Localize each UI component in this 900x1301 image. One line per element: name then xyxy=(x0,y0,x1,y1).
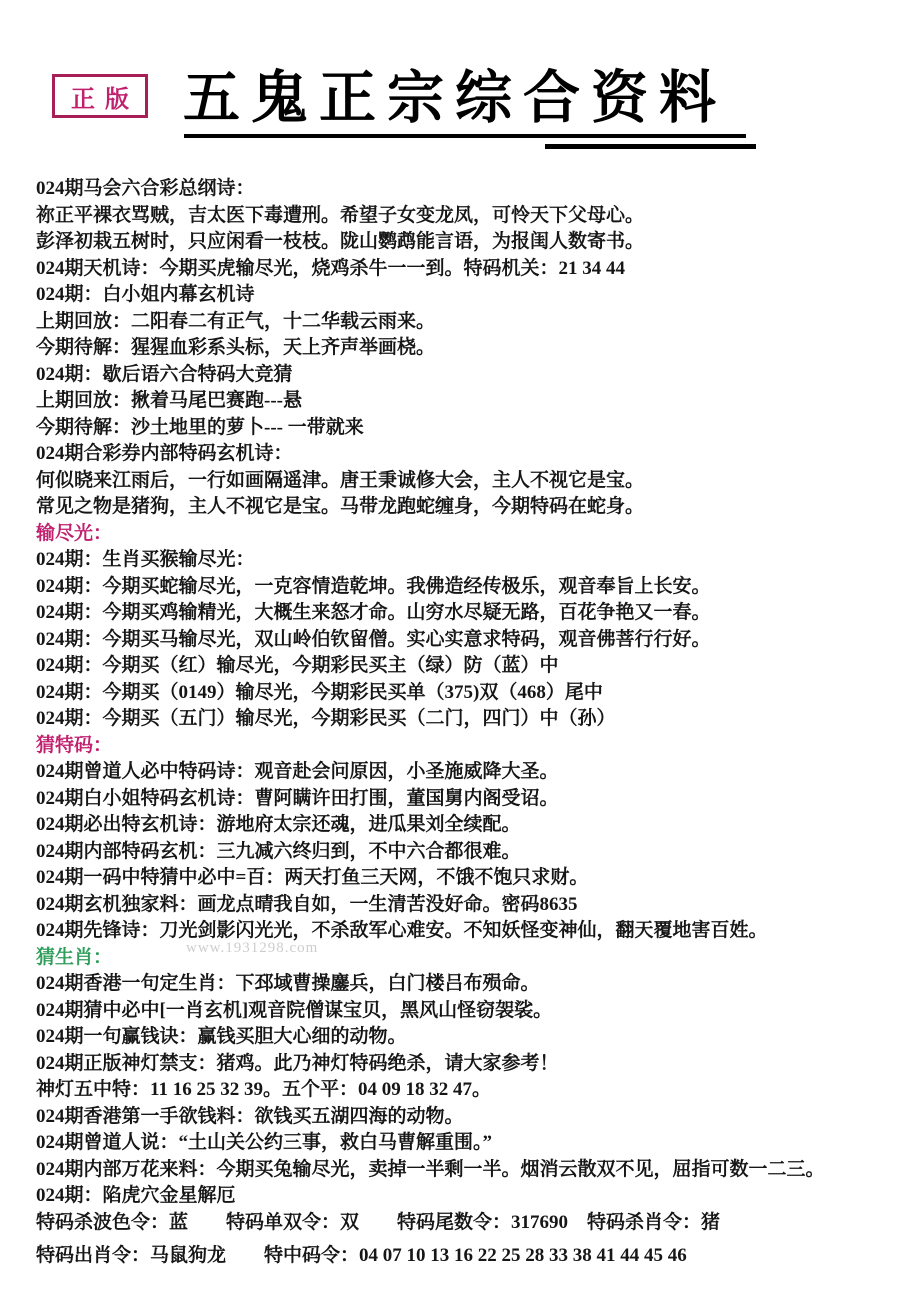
text-line: 024期一句赢钱诀：赢钱买胆大心细的动物。 xyxy=(36,1024,886,1051)
text-line: 024期玄机独家料：画龙点晴我自如，一生清苦没好命。密码8635 xyxy=(36,892,886,919)
page: { "header": { "badge": "正版", "title": "五… xyxy=(0,0,900,1301)
text-line: 神灯五中特：11 16 25 32 39。五个平：04 09 18 32 47。 xyxy=(36,1077,886,1104)
genuine-badge: 正版 xyxy=(52,74,148,118)
text-line: 024期：生肖买猴输尽光： xyxy=(36,547,886,574)
text-line: 024期内部万花来料：今期买兔输尽光，卖掉一半剩一半。烟消云散双不见，屈指可数一… xyxy=(36,1157,886,1184)
text-line: 024期：今期买鸡输精光，大概生来怒才命。山穷水尽疑无路，百花争艳又一春。 xyxy=(36,600,886,627)
text-line: 024期先锋诗：刀光剑影闪光光，不杀敌军心难安。不知妖怪变神仙，翻天覆地害百姓。 xyxy=(36,918,886,945)
content-lines: 024期马会六合彩总纲诗：祢正平裸衣骂贼，吉太医下毒遭刑。希望子女变龙凤，可怜天… xyxy=(36,176,886,1270)
text-line: 彭泽初栽五树时，只应闲看一枝枝。陇山鹦鹉能言语，为报闺人数寄书。 xyxy=(36,229,886,256)
text-line: 输尽光： xyxy=(36,521,886,548)
text-line: 024期香港第一手欲钱料：欲钱买五湖四海的动物。 xyxy=(36,1104,886,1131)
text-line: 猜特码： xyxy=(36,733,886,760)
text-line: 024期曾道人必中特码诗：观音赴会问原因，小圣施威降大圣。 xyxy=(36,759,886,786)
text-line: 024期一码中特猜中必中=百：两天打鱼三天网，不饿不饱只求财。 xyxy=(36,865,886,892)
text-line: 024期：今期买马输尽光，双山岭伯钦留僧。实心实意求特码，观音佛菩行行好。 xyxy=(36,627,886,654)
text-line: 024期：陷虎穴金星解厄 xyxy=(36,1183,886,1210)
text-line: 上期回放：二阳春二有正气，十二华载云雨来。 xyxy=(36,309,886,336)
text-line: 024期：白小姐内幕玄机诗 xyxy=(36,282,886,309)
text-line: 024期马会六合彩总纲诗： xyxy=(36,176,886,203)
text-line: 猜生肖： xyxy=(36,945,886,972)
text-line: 024期白小姐特码玄机诗：曹阿瞒许田打围，董国舅内阁受诏。 xyxy=(36,786,886,813)
text-line: 024期：今期买（0149）输尽光，今期彩民买单（375)双（468）尾中 xyxy=(36,680,886,707)
text-line: 024期天机诗：今期买虎输尽光，烧鸡杀牛一一到。特码机关：21 34 44 xyxy=(36,256,886,283)
text-line: 特码出肖令：马鼠狗龙 特中码令：04 07 10 13 16 22 25 28 … xyxy=(36,1243,886,1270)
text-line: 上期回放：揪着马尾巴赛跑---悬 xyxy=(36,388,886,415)
text-line: 祢正平裸衣骂贼，吉太医下毒遭刑。希望子女变龙凤，可怜天下父母心。 xyxy=(36,203,886,230)
text-line: 024期必出特玄机诗：游地府太宗还魂，进瓜果刘全续配。 xyxy=(36,812,886,839)
text-line: 特码杀波色令：蓝 特码单双令：双 特码尾数令：317690 特码杀肖令：猪 xyxy=(36,1210,886,1237)
text-line: 024期香港一句定生肖：下邳域曹操鏖兵，白门楼吕布殒命。 xyxy=(36,971,886,998)
text-line: 常见之物是猪狗，主人不视它是宝。马带龙跑蛇缠身，今期特码在蛇身。 xyxy=(36,494,886,521)
title-underline-short xyxy=(545,144,756,149)
text-line: 024期正版神灯禁支：猪鸡。此乃神灯特码绝杀，请大家参考！ xyxy=(36,1051,886,1078)
text-line: 024期合彩券内部特码玄机诗： xyxy=(36,441,886,468)
page-title: 五鬼正宗综合资料 xyxy=(183,52,727,134)
text-line: 024期：歇后语六合特码大竞猜 xyxy=(36,362,886,389)
text-line: 今期待解：沙土地里的萝卜--- 一带就来 xyxy=(36,415,886,442)
text-line: 024期曾道人说：“土山关公约三事，救白马曹解重围。” xyxy=(36,1130,886,1157)
text-line: 024期：今期买（红）输尽光，今期彩民买主（绿）防（蓝）中 xyxy=(36,653,886,680)
text-line: 今期待解：猩猩血彩系头标，天上齐声举画桡。 xyxy=(36,335,886,362)
text-line: 024期猜中必中[一肖玄机]观音院僧谋宝贝，黑风山怪窃袈裟。 xyxy=(36,998,886,1025)
text-line: 024期内部特码玄机：三九减六终归到，不中六合都很难。 xyxy=(36,839,886,866)
title-underline-long xyxy=(184,134,746,138)
text-line: 024期：今期买（五门）输尽光，今期彩民买（二门，四门）中（孙） xyxy=(36,706,886,733)
text-line: 024期：今期买蛇输尽光，一克容情造乾坤。我佛造经传极乐，观音奉旨上长安。 xyxy=(36,574,886,601)
text-line: 何似晓来江雨后，一行如画隔遥津。唐王秉诚修大会，主人不视它是宝。 xyxy=(36,468,886,495)
